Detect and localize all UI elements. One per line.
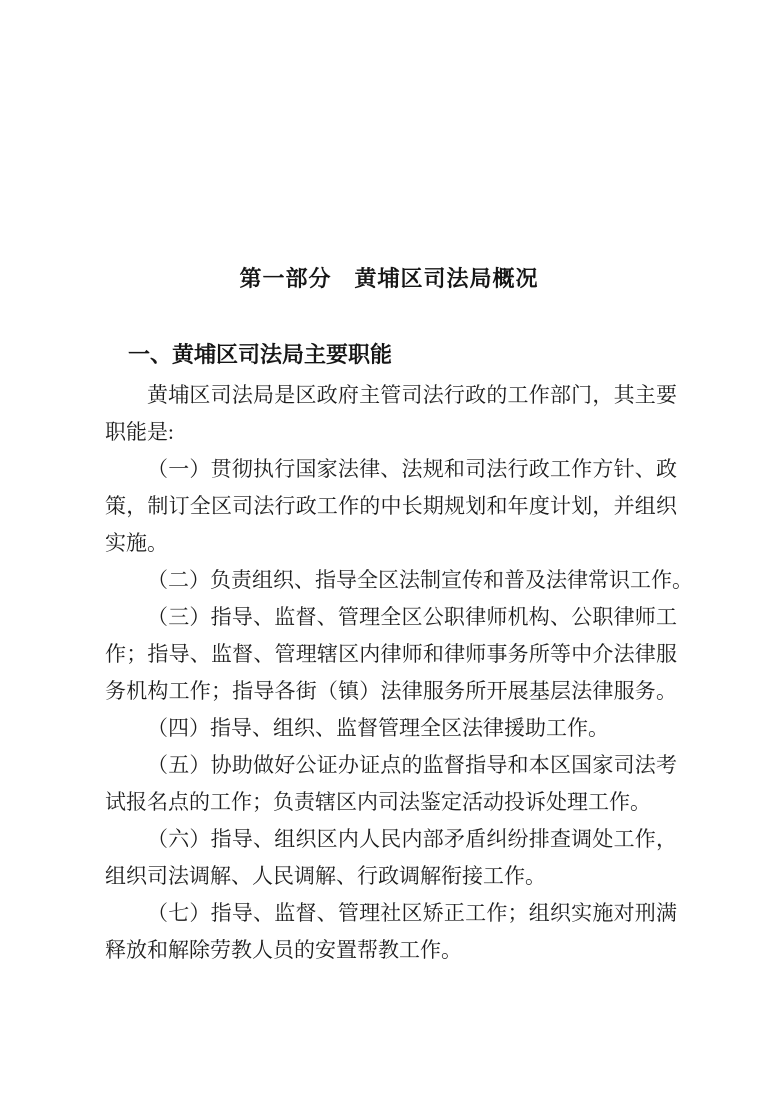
document-title: 第一部分 黄埔区司法局概况 (0, 265, 778, 293)
text-line: 释放和解除劳教人员的安置帮教工作。 (105, 932, 677, 969)
document-body: 黄埔区司法局是区政府主管司法行政的工作部门，其主要 职能是: （一）贯彻执行国家… (105, 377, 677, 969)
text-line: 职能是: (105, 414, 677, 451)
paragraph: （四）指导、组织、监督管理全区法律援助工作。 (105, 710, 677, 747)
paragraph: （一）贯彻执行国家法律、法规和司法行政工作方针、政 策，制订全区司法行政工作的中… (105, 451, 677, 562)
text-line: 实施。 (105, 525, 677, 562)
paragraph: （七）指导、监督、管理社区矫正工作；组织实施对刑满 释放和解除劳教人员的安置帮教… (105, 895, 677, 969)
text-line: （五）协助做好公证办证点的监督指导和本区国家司法考 (105, 747, 677, 784)
document-page: 第一部分 黄埔区司法局概况 一、黄埔区司法局主要职能 黄埔区司法局是区政府主管司… (0, 0, 778, 1100)
section-heading: 一、黄埔区司法局主要职能 (128, 341, 392, 369)
text-line: 黄埔区司法局是区政府主管司法行政的工作部门，其主要 (105, 377, 677, 414)
text-line: 策，制订全区司法行政工作的中长期规划和年度计划，并组织 (105, 488, 677, 525)
text-line: 组织司法调解、人民调解、行政调解衔接工作。 (105, 858, 677, 895)
text-line: （四）指导、组织、监督管理全区法律援助工作。 (105, 710, 677, 747)
paragraph: 黄埔区司法局是区政府主管司法行政的工作部门，其主要 职能是: (105, 377, 677, 451)
paragraph: （六）指导、组织区内人民内部矛盾纠纷排查调处工作， 组织司法调解、人民调解、行政… (105, 821, 677, 895)
text-line: （三）指导、监督、管理全区公职律师机构、公职律师工 (105, 599, 677, 636)
text-line: （七）指导、监督、管理社区矫正工作；组织实施对刑满 (105, 895, 677, 932)
text-line: 试报名点的工作；负责辖区内司法鉴定活动投诉处理工作。 (105, 784, 677, 821)
paragraph: （三）指导、监督、管理全区公职律师机构、公职律师工 作；指导、监督、管理辖区内律… (105, 599, 677, 710)
text-line: 务机构工作；指导各街（镇）法律服务所开展基层法律服务。 (105, 673, 677, 710)
text-line: （二）负责组织、指导全区法制宣传和普及法律常识工作。 (105, 562, 677, 599)
text-line: （六）指导、组织区内人民内部矛盾纠纷排查调处工作， (105, 821, 677, 858)
text-line: 作；指导、监督、管理辖区内律师和律师事务所等中介法律服 (105, 636, 677, 673)
paragraph: （五）协助做好公证办证点的监督指导和本区国家司法考 试报名点的工作；负责辖区内司… (105, 747, 677, 821)
text-line: （一）贯彻执行国家法律、法规和司法行政工作方针、政 (105, 451, 677, 488)
paragraph: （二）负责组织、指导全区法制宣传和普及法律常识工作。 (105, 562, 677, 599)
